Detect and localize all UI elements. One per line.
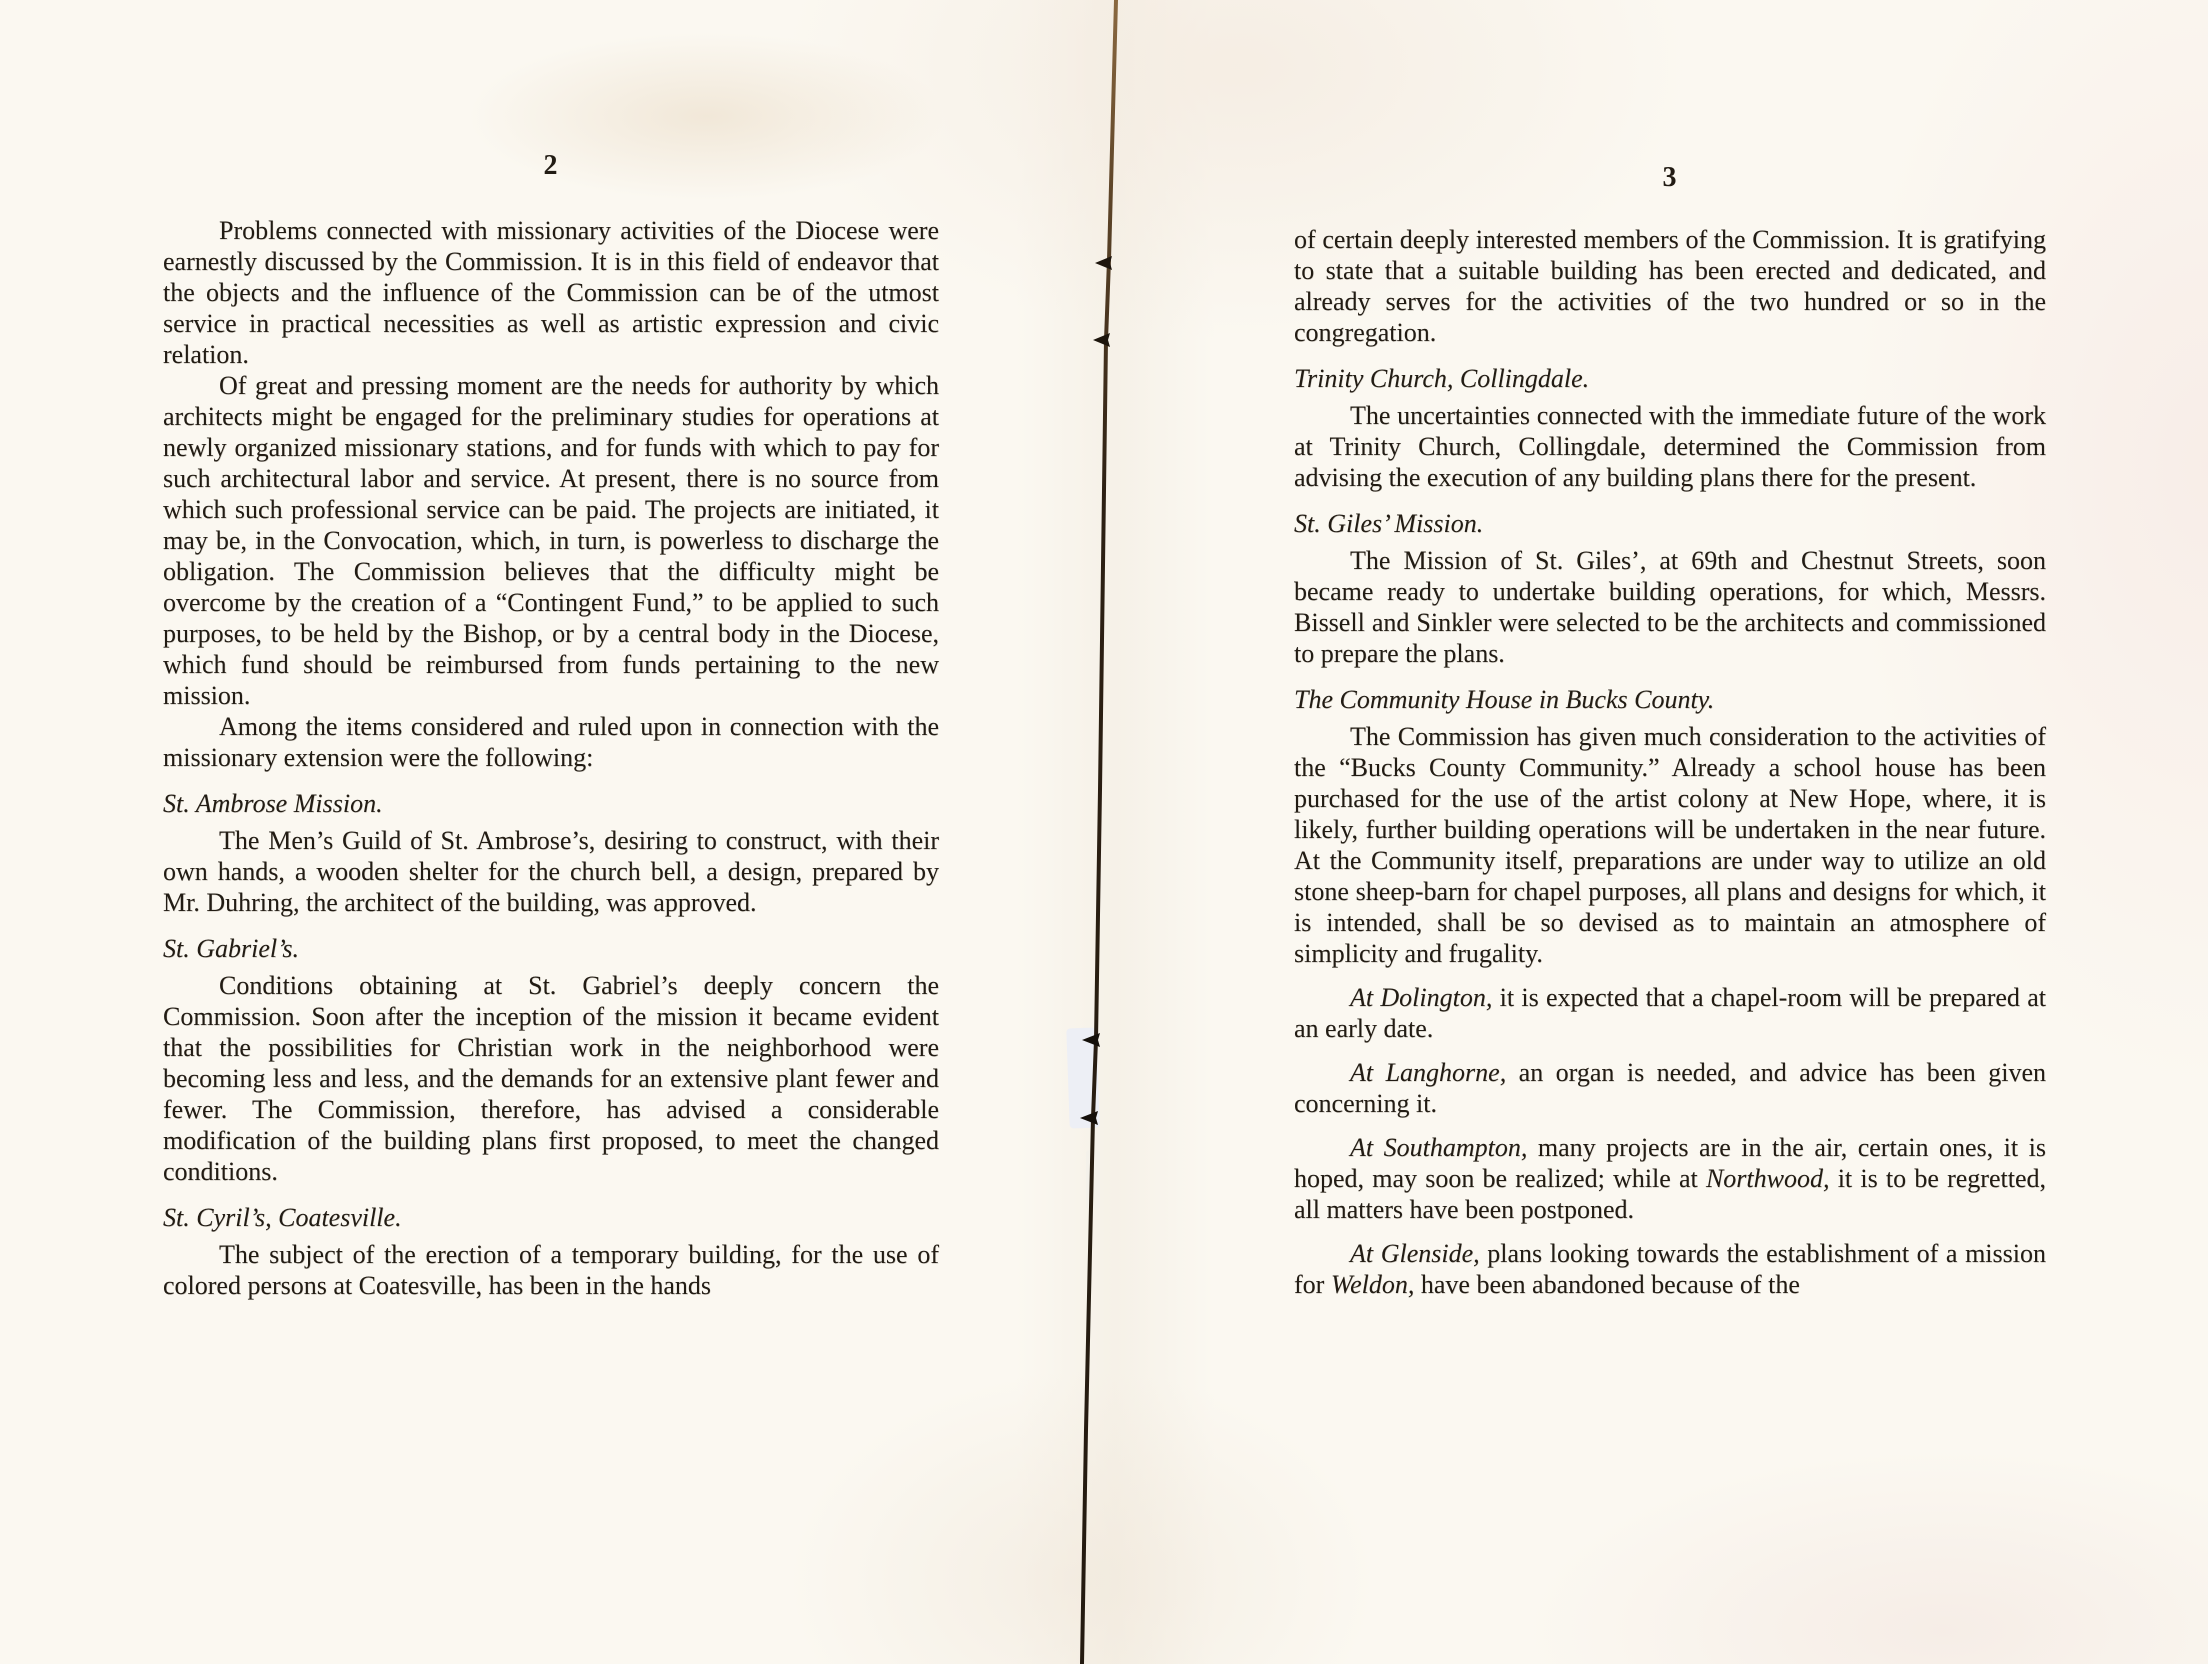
paragraph: Of great and pressing moment are the nee… (163, 370, 939, 711)
paragraph: At Langhorne, an organ is needed, and ad… (1294, 1057, 2046, 1119)
section-heading: Trinity Church, Collingdale. (1294, 363, 2046, 394)
binding-tape (1066, 1028, 1099, 1129)
paragraph: Among the items considered and ruled upo… (163, 711, 939, 773)
text-run: The Men’s Guild of St. Ambrose’s, desiri… (163, 826, 939, 917)
page-left-body: Problems connected with missionary activ… (163, 215, 939, 1301)
text-run: St. Cyril’s, Coatesville. (163, 1203, 402, 1232)
section-heading: The Community House in Bucks County. (1294, 684, 2046, 715)
stitch-knot (1095, 256, 1112, 270)
paragraph: At Glenside, plans looking towards the e… (1294, 1238, 2046, 1300)
text-run: At Glenside, (1350, 1239, 1480, 1268)
section-heading: St. Giles’ Mission. (1294, 508, 2046, 539)
text-run: Northwood, (1706, 1164, 1830, 1193)
section-heading: St. Ambrose Mission. (163, 788, 939, 819)
scanned-book-spread: { "left_page": { "page_number": "2", "bl… (0, 0, 2208, 1664)
page-right: 3 of certain deeply interested members o… (1294, 162, 2046, 1300)
paragraph: The Commission has given much considerat… (1294, 721, 2046, 969)
paragraph: The Mission of St. Giles’, at 69th and C… (1294, 545, 2046, 669)
text-run: St. Ambrose Mission. (163, 789, 383, 818)
text-run: The Commission has given much considerat… (1294, 722, 2046, 968)
stitch-knot (1093, 333, 1110, 347)
page-right-body: of certain deeply interested members of … (1294, 224, 2046, 1300)
page-number-left: 2 (163, 150, 939, 182)
section-heading: St. Gabriel’s. (163, 933, 939, 964)
text-run: of certain deeply interested members of … (1294, 225, 2046, 347)
page-left: 2 Problems connected with missionary act… (163, 150, 939, 1301)
stitch-knot (1080, 1111, 1098, 1125)
text-run: Among the items considered and ruled upo… (163, 712, 939, 772)
paragraph: The subject of the erection of a tempora… (163, 1239, 939, 1301)
text-run: Of great and pressing moment are the nee… (163, 371, 939, 710)
text-run: At Southampton, (1350, 1133, 1527, 1162)
text-run: At Dolington, (1350, 983, 1492, 1012)
text-run: St. Gabriel’s. (163, 934, 299, 963)
paragraph: The uncertainties connected with the imm… (1294, 400, 2046, 493)
text-run: The uncertainties connected with the imm… (1294, 401, 2046, 492)
text-run: Conditions obtaining at St. Gabriel’s de… (163, 971, 939, 1186)
paragraph: Problems connected with missionary activ… (163, 215, 939, 370)
text-run: At Langhorne, (1350, 1058, 1506, 1087)
page-number-right: 3 (1294, 162, 2046, 194)
text-run: Weldon, (1331, 1270, 1415, 1299)
text-run: Problems connected with missionary activ… (163, 216, 939, 369)
text-run: Trinity Church, Collingdale. (1294, 364, 1589, 393)
paragraph: At Southampton, many projects are in the… (1294, 1132, 2046, 1225)
paragraph: of certain deeply interested members of … (1294, 224, 2046, 348)
text-run: St. Giles’ Mission. (1294, 509, 1483, 538)
stitch-knot (1082, 1033, 1100, 1047)
paragraph: The Men’s Guild of St. Ambrose’s, desiri… (163, 825, 939, 918)
text-run: The Community House in Bucks County. (1294, 685, 1714, 714)
paragraph: At Dolington, it is expected that a chap… (1294, 982, 2046, 1044)
text-run: have been abandoned because of the (1414, 1270, 1799, 1299)
text-run: The Mission of St. Giles’, at 69th and C… (1294, 546, 2046, 668)
paragraph: Conditions obtaining at St. Gabriel’s de… (163, 970, 939, 1187)
text-run: The subject of the erection of a tempora… (163, 1240, 939, 1300)
section-heading: St. Cyril’s, Coatesville. (163, 1202, 939, 1233)
